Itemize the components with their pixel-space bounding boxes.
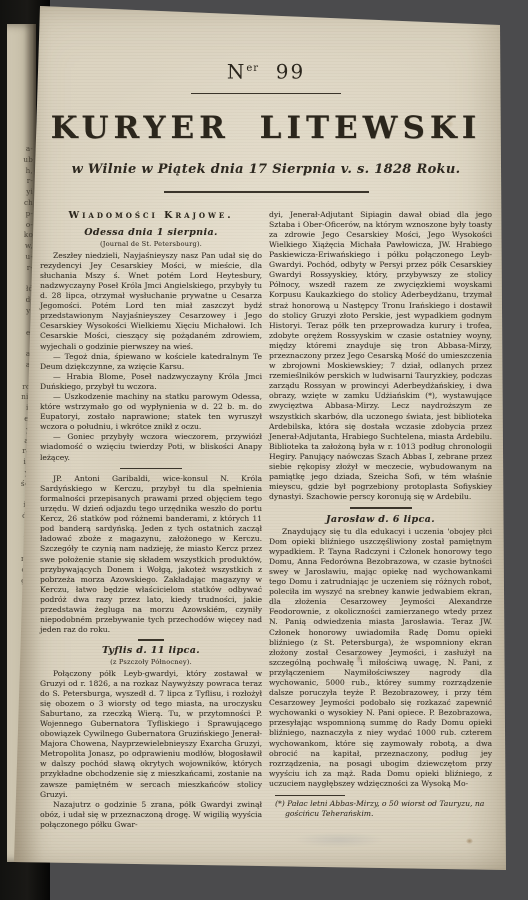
- issue-number-value: 99: [276, 60, 305, 84]
- newspaper-title: KURYER LITEWSKI: [40, 108, 492, 148]
- right-column: dyi, Jenerał-Adjutant Sipiagin dawał obi…: [269, 210, 492, 830]
- page-content: Ner 99 KURYER LITEWSKI w Wilnie w Piątek…: [40, 2, 492, 830]
- footnote: (*) Pałac letni Abbas-Mirzy, o 50 wiorst…: [269, 799, 492, 819]
- masthead-rule-bottom: [164, 191, 369, 193]
- tyflis-source-line: (z Pszczoły Północney).: [40, 658, 262, 666]
- issue-superscript: er: [246, 63, 259, 74]
- issue-number: Ner 99: [40, 58, 492, 83]
- masthead-dateline: w Wilnie w Piątek dnia 17 Sierpnia v. s.…: [40, 162, 492, 178]
- issue-prefix: N: [227, 60, 247, 84]
- paragraph: dyi, Jenerał-Adjutant Sipiagin dawał obi…: [269, 210, 492, 503]
- paragraph: Połączony półk Leyb-gwardyi, który zosta…: [40, 669, 262, 800]
- section-divider: [138, 639, 164, 640]
- section-divider: [120, 468, 182, 469]
- masthead-rule-top: [191, 93, 341, 95]
- paragraph: — Hrabia Blome, Poseł nadzwyczayny Króla…: [40, 372, 262, 392]
- footnote-rule: [275, 795, 345, 796]
- tyflis-dateline-heading: Tyflis d. 11 lipca.: [40, 645, 262, 656]
- article-columns: Wiadomości Krajowe. Odessa dnia 1 sierpn…: [40, 210, 492, 830]
- paragraph: Znaydujący się tu dla edukacyi i uczenia…: [269, 527, 492, 789]
- paragraph: — Goniec przybyły wczora wieczorem, przy…: [40, 432, 262, 462]
- paragraph: — Uszkodzenie machiny na statku parowym …: [40, 392, 262, 432]
- section-divider: [350, 507, 412, 508]
- paragraph: — Tegoż dnia, śpiewano w kościele katedr…: [40, 352, 262, 372]
- scan-canvas: { "masthead": { "issue_prefix": "N", "is…: [0, 0, 528, 900]
- paragraph: JP. Antoni Garibaldi, wice-konsul N. Kró…: [40, 474, 262, 636]
- newspaper-page: Ner 99 KURYER LITEWSKI w Wilnie w Piątek…: [14, 2, 506, 872]
- left-column: Wiadomości Krajowe. Odessa dnia 1 sierpn…: [40, 210, 262, 830]
- paper-stain: [294, 832, 384, 848]
- jaroslaw-dateline-heading: Jarosław d. 6 lipca.: [269, 514, 492, 525]
- paragraph: Zeszłey niedzieli, Nayjaśnieyszy nasz Pa…: [40, 251, 262, 352]
- paragraph: Nazajutrz o godzinie 5 zrana, półk Gward…: [40, 800, 262, 830]
- paper-stain: [466, 838, 473, 844]
- odessa-dateline-heading: Odessa dnia 1 sierpnia.: [40, 227, 262, 238]
- odessa-source-line: (Journal de St. Petersbourg).: [40, 240, 262, 248]
- section-heading: Wiadomości Krajowe.: [40, 210, 262, 221]
